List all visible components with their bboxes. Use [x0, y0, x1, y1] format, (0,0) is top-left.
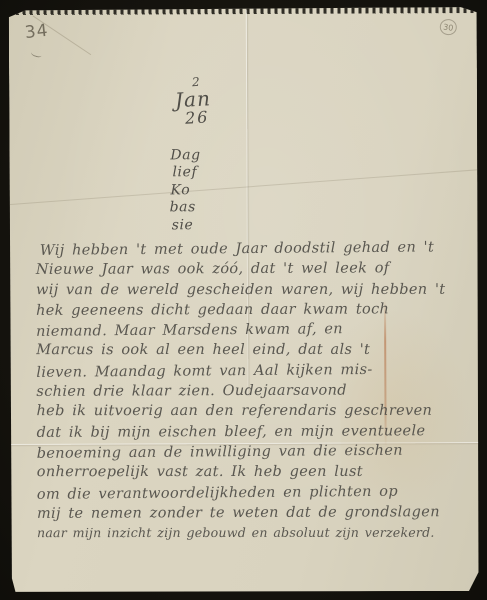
letter-body: Wij hebben 't met oude Jaar doodstil geh…	[36, 238, 475, 544]
body-line: naar mijn inzicht zijn gebouwd en absolu…	[37, 523, 475, 544]
body-line: mij te nemen zonder te weten dat de gron…	[37, 502, 475, 524]
pencil-tick-mark	[30, 49, 42, 58]
letter-date: 2 Jan 26	[174, 75, 213, 127]
page-number-pencil: 34	[24, 21, 50, 43]
date-day: 26	[185, 109, 213, 127]
diagonal-crease	[0, 167, 487, 206]
greeting-line: Ko	[170, 182, 200, 200]
letter-paper: 34 30 2 Jan 26 Dag lief Ko bas sie Wij h…	[9, 7, 480, 593]
body-line: dat ik bij mijn eischen bleef, en mijn e…	[37, 421, 475, 443]
archive-number-circled: 30	[439, 18, 458, 36]
body-line: Wij hebben 't met oude Jaar doodstil geh…	[40, 237, 474, 261]
body-line: wij van de wereld gescheiden waren, wij …	[36, 279, 474, 300]
body-line: benoeming aan de inwilliging van die eis…	[37, 440, 475, 464]
perforated-top-edge	[9, 7, 477, 15]
scan-background: 34 30 2 Jan 26 Dag lief Ko bas sie Wij h…	[0, 0, 487, 600]
body-line: onherroepelijk vast zat. Ik heb geen lus…	[37, 462, 475, 483]
body-line: schien drie klaar zien. Oudejaarsavond	[36, 380, 474, 402]
greeting-line: Dag	[170, 147, 200, 165]
body-line: om die verantwoordelijkheden en plichten…	[37, 481, 475, 505]
greeting-line: bas	[170, 199, 201, 217]
letter-greeting: Dag lief Ko bas sie	[170, 147, 201, 234]
body-line: lieven. Maandag komt van Aal kijken mis-	[36, 359, 474, 383]
greeting-line: sie	[172, 217, 201, 235]
body-line: Nieuwe Jaar was ook zóó, dat 't wel leek…	[36, 258, 474, 280]
greeting-line: lief	[172, 165, 200, 183]
body-line: heb ik uitvoerig aan den referendaris ge…	[36, 401, 474, 422]
body-line: niemand. Maar Marsdens kwam af, en	[36, 318, 474, 342]
body-line: Marcus is ook al een heel eind, dat als …	[36, 340, 474, 361]
